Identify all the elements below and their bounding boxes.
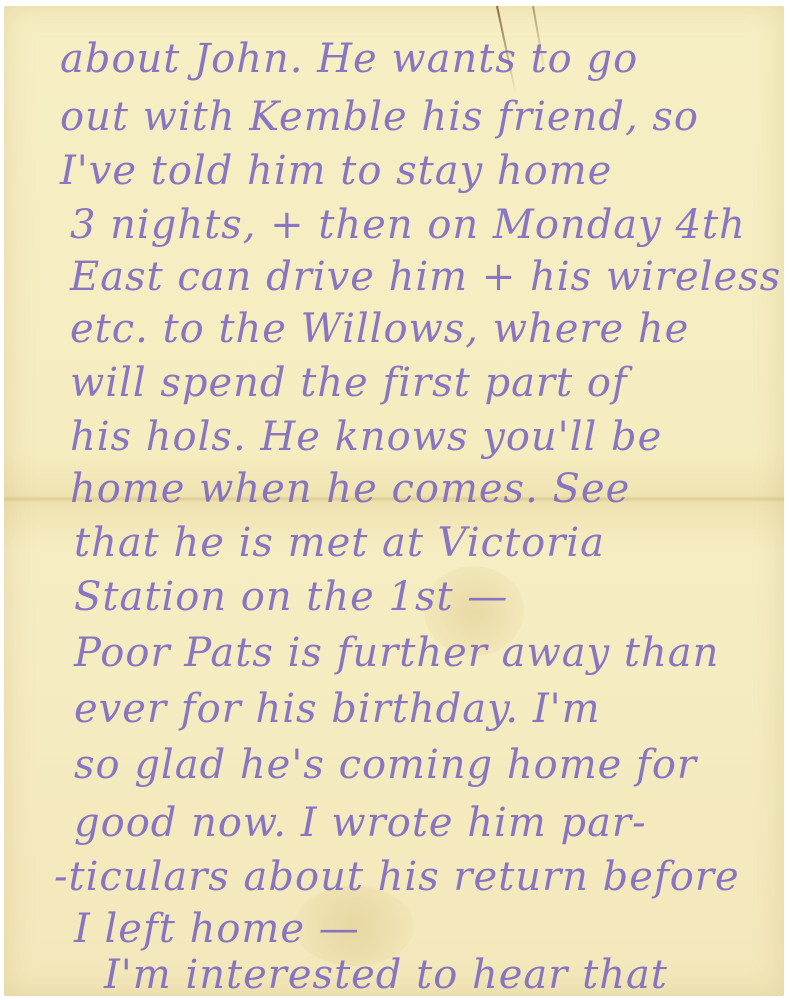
text-line: good now. I wrote him par- [74,800,647,846]
text-line: Station on the 1st — [74,574,508,620]
text-line: about John. He wants to go [60,36,638,82]
text-line: out with Kemble his friend, so [60,94,699,140]
text-line: 3 nights, + then on Monday 4th [70,202,746,248]
text-line: home when he comes. See [70,466,630,512]
text-line: that he is met at Victoria [74,520,605,566]
text-line: Poor Pats is further away than [74,630,719,676]
text-line: I'm interested to hear that [104,952,668,998]
text-line: so glad he's coming home for [74,742,697,788]
text-line: I left home — [74,906,360,952]
letter-page: about John. He wants to go out with Kemb… [4,6,784,996]
text-line: East can drive him + his wireless [70,254,781,300]
text-line: -ticulars about his return before [54,854,740,900]
text-line: I've told him to stay home [60,148,612,194]
text-line: will spend the first part of [70,360,628,406]
text-line: ever for his birthday. I'm [74,686,601,732]
text-line: his hols. He knows you'll be [70,414,662,460]
text-line: etc. to the Willows, where he [70,306,689,352]
handwritten-text: about John. He wants to go out with Kemb… [4,6,784,996]
